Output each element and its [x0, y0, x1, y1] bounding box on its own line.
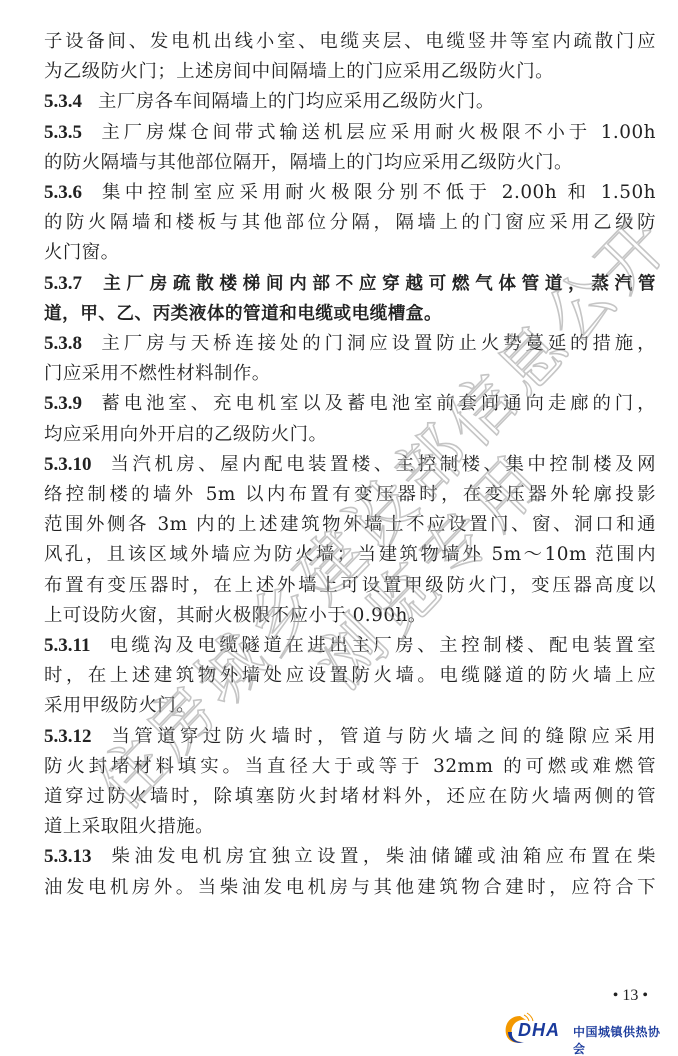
clause-line: 5.3.11电缆沟及电缆隧道在进出主厂房、主控制楼、配电装置室 — [44, 631, 656, 661]
line-text: 范围外侧各 3m 内的上述建筑物外墙上不应设置门、窗、洞口和通 — [44, 514, 656, 535]
clause-line: 5.3.13柴油发电机房宜独立设置，柴油储罐或油箱应布置在柴 — [44, 842, 656, 872]
text-line: 络控制楼的墙外 5m 以内布置有变压器时，在变压器外轮廓投影 — [44, 480, 656, 510]
clause-number: 5.3.11 — [44, 635, 90, 656]
line-text: 风孔，且该区域外墙应为防火墙；当建筑物墙外 5m～10m 范围内 — [44, 544, 656, 565]
logo-mark-text: DHA — [518, 1020, 560, 1041]
line-text: 为乙级防火门；上述房间中间隔墙上的门应采用乙级防火门。 — [44, 61, 554, 82]
line-text: 主厂房疏散楼梯间内部不应穿越可燃气体管道，蒸汽管 — [98, 274, 656, 294]
text-line: 采用甲级防火门。 — [44, 691, 656, 721]
document-page: 子设备间、发电机出线小室、电缆夹层、电缆竖井等室内疏散门应为乙级防火门；上述房间… — [0, 0, 678, 1056]
clause-line: 5.3.9蓄电池室、充电机室以及蓄电池室前套间通向走廊的门， — [44, 389, 656, 419]
line-text: 道穿过防火墙时，除填塞防火封堵材料外，还应在防火墙两侧的管 — [44, 786, 656, 807]
text-line: 道，甲、乙、丙类液体的管道和电缆或电缆槽盒。 — [44, 299, 656, 329]
text-line: 的防火隔墙和楼板与其他部位分隔，隔墙上的门窗应采用乙级防 — [44, 208, 656, 238]
org-name: 中国城镇供热协会 — [573, 1023, 670, 1056]
text-line: 的防火隔墙与其他部位隔开，隔墙上的门均应采用乙级防火门。 — [44, 148, 656, 178]
text-line: 范围外侧各 3m 内的上述建筑物外墙上不应设置门、窗、洞口和通 — [44, 510, 656, 540]
line-text: 布置有变压器时，在上述外墙上可设置甲级防火门，变压器高度以 — [44, 575, 656, 596]
clause-line: 5.3.6集中控制室应采用耐火极限分别不低于 2.00h 和 1.50h — [44, 178, 656, 208]
line-text: 子设备间、发电机出线小室、电缆夹层、电缆竖井等室内疏散门应 — [44, 31, 656, 52]
line-text: 当汽机房、屋内配电装置楼、主控制楼、集中控制楼及网 — [108, 454, 657, 475]
text-line: 防火封堵材料填实。当直径大于或等于 32mm 的可燃或难燃管 — [44, 752, 656, 782]
line-text: 火门窗。 — [44, 242, 120, 263]
line-text: 当管道穿过防火墙时，管道与防火墙之间的缝隙应采用 — [108, 726, 657, 747]
clause-line: 5.3.5主厂房煤仓间带式输送机层应采用耐火极限不小于 1.00h — [44, 118, 656, 148]
line-text: 时，在上述建筑物外墙处应设置防火墙。电缆隧道的防火墙上应 — [44, 665, 656, 686]
line-text: 均应采用向外开启的乙级防火门。 — [44, 424, 327, 445]
clause-number: 5.3.9 — [44, 393, 82, 414]
clause-number: 5.3.13 — [44, 846, 92, 867]
clause-number: 5.3.12 — [44, 726, 92, 747]
line-text: 电缆沟及电缆隧道在进出主厂房、主控制楼、配电装置室 — [106, 635, 656, 656]
text-line: 为乙级防火门；上述房间中间隔墙上的门应采用乙级防火门。 — [44, 57, 656, 87]
text-line: 道上采取阻火措施。 — [44, 812, 656, 842]
text-line: 门应采用不燃性材料制作。 — [44, 359, 656, 389]
line-text: 采用甲级防火门。 — [44, 695, 195, 716]
clause-number: 5.3.10 — [44, 454, 92, 475]
text-line: 时，在上述建筑物外墙处应设置防火墙。电缆隧道的防火墙上应 — [44, 661, 656, 691]
line-text: 主厂房煤仓间带式输送机层应采用耐火极限不小于 1.00h — [98, 122, 656, 143]
clause-number: 5.3.6 — [44, 182, 82, 203]
line-text: 道，甲、乙、丙类液体的管道和电缆或电缆槽盒。 — [44, 304, 442, 324]
line-text: 主厂房与天桥连接处的门洞应设置防止火势蔓延的措施， — [98, 333, 656, 354]
text-line: 道穿过防火墙时，除填塞防火封堵材料外，还应在防火墙两侧的管 — [44, 782, 656, 812]
line-text: 蓄电池室、充电机室以及蓄电池室前套间通向走廊的门， — [98, 393, 656, 414]
line-text: 主厂房各车间隔墙上的门均应采用乙级防火门。 — [98, 91, 495, 112]
clause-line: 5.3.8主厂房与天桥连接处的门洞应设置防止火势蔓延的措施， — [44, 329, 656, 359]
line-text: 防火封堵材料填实。当直径大于或等于 32mm 的可燃或难燃管 — [44, 756, 656, 777]
text-line: 均应采用向外开启的乙级防火门。 — [44, 420, 656, 450]
line-text: 门应采用不燃性材料制作。 — [44, 363, 271, 384]
clause-line: 5.3.4主厂房各车间隔墙上的门均应采用乙级防火门。 — [44, 87, 656, 117]
text-line: 上可设防火窗，其耐火极限不应小于 0.90h。 — [44, 601, 656, 631]
clause-number: 5.3.4 — [44, 91, 82, 112]
line-text: 的防火隔墙与其他部位隔开，隔墙上的门均应采用乙级防火门。 — [44, 152, 573, 173]
line-text: 柴油发电机房宜独立设置，柴油储罐或油箱应布置在柴 — [108, 846, 657, 867]
line-text: 道上采取阻火措施。 — [44, 816, 214, 837]
clause-number: 5.3.8 — [44, 333, 82, 354]
page-number: • 13 • — [613, 987, 648, 1005]
clause-number: 5.3.5 — [44, 122, 82, 143]
clause-number: 5.3.7 — [44, 273, 82, 294]
line-text: 集中控制室应采用耐火极限分别不低于 2.00h 和 1.50h — [98, 182, 656, 203]
clause-line: 5.3.10当汽机房、屋内配电装置楼、主控制楼、集中控制楼及网 — [44, 450, 656, 480]
text-line: 油发电机房外。当柴油发电机房与其他建筑物合建时，应符合下 — [44, 873, 656, 903]
footer-logo: DHA 中国城镇供热协会 — [500, 1012, 670, 1046]
clause-line: 5.3.7主厂房疏散楼梯间内部不应穿越可燃气体管道，蒸汽管 — [44, 269, 656, 299]
line-text: 油发电机房外。当柴油发电机房与其他建筑物合建时，应符合下 — [44, 877, 656, 898]
clause-line: 5.3.12当管道穿过防火墙时，管道与防火墙之间的缝隙应采用 — [44, 722, 656, 752]
text-line: 火门窗。 — [44, 238, 656, 268]
text-line: 布置有变压器时，在上述外墙上可设置甲级防火门，变压器高度以 — [44, 571, 656, 601]
line-text: 的防火隔墙和楼板与其他部位分隔，隔墙上的门窗应采用乙级防 — [44, 212, 656, 233]
text-line: 子设备间、发电机出线小室、电缆夹层、电缆竖井等室内疏散门应 — [44, 27, 656, 57]
text-line: 风孔，且该区域外墙应为防火墙；当建筑物墙外 5m～10m 范围内 — [44, 540, 656, 570]
line-text: 络控制楼的墙外 5m 以内布置有变压器时，在变压器外轮廓投影 — [44, 484, 656, 505]
line-text: 上可设防火窗，其耐火极限不应小于 0.90h。 — [44, 605, 427, 626]
